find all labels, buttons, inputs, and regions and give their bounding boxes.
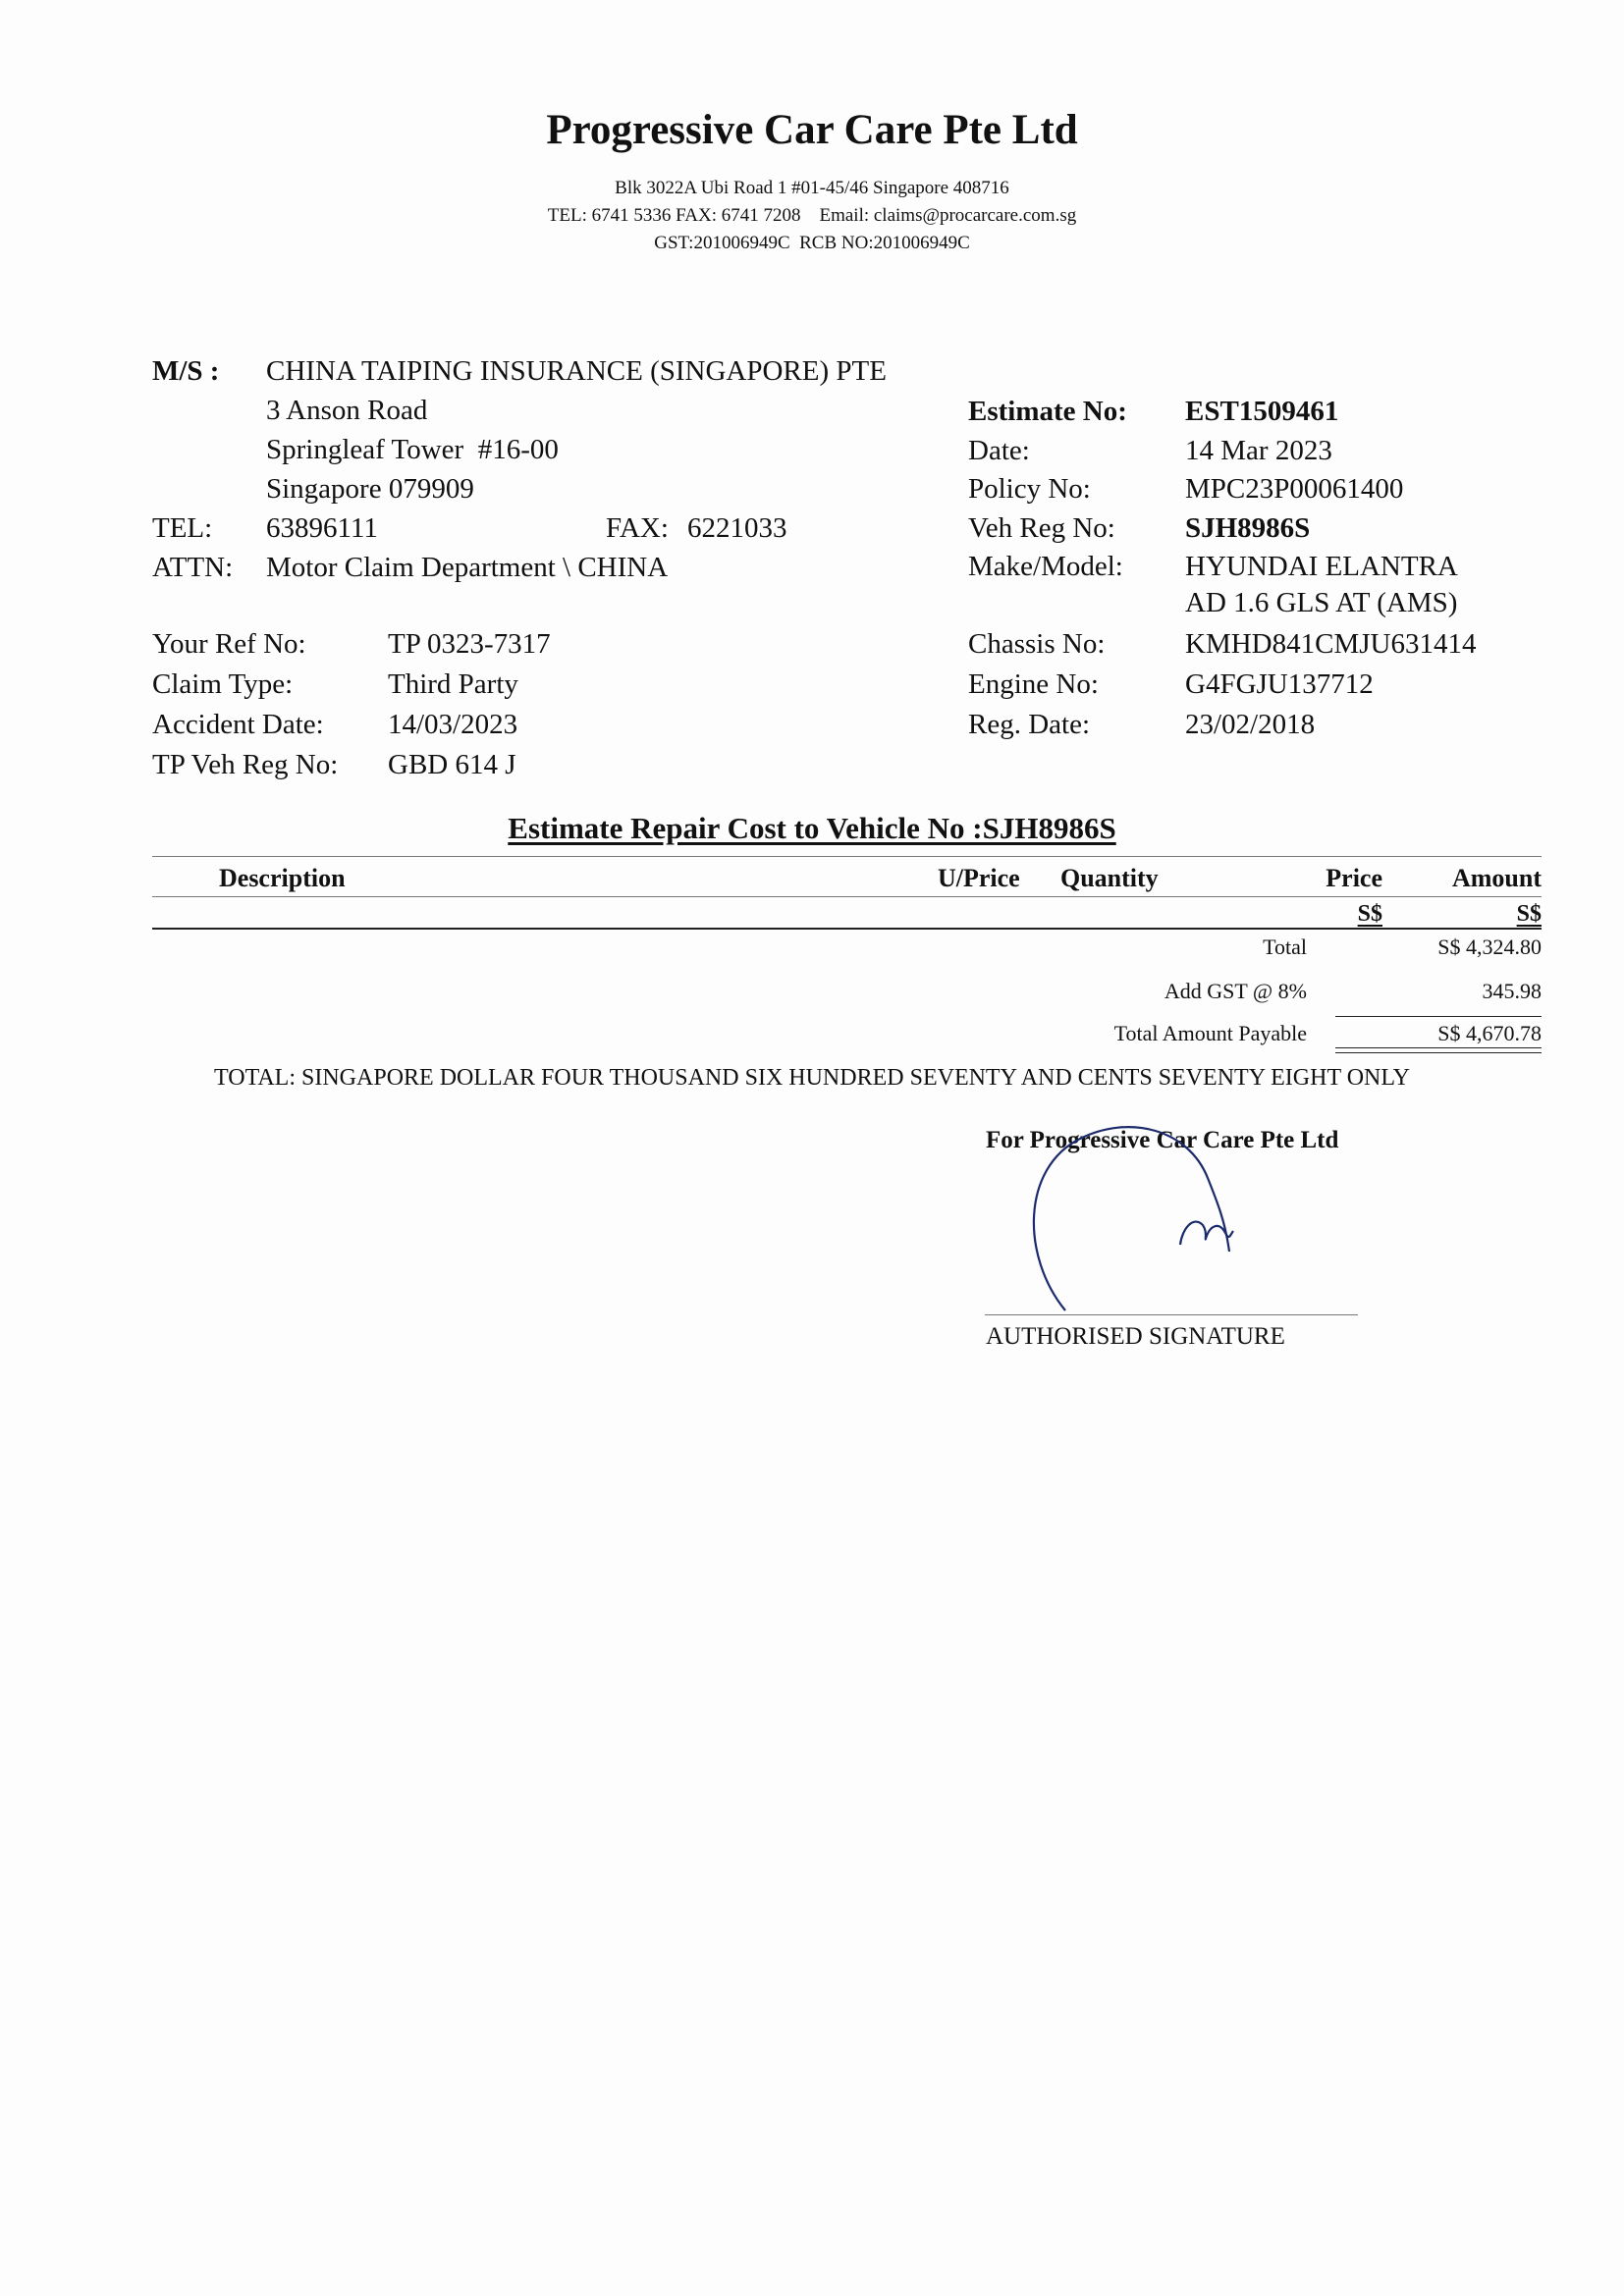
amount-in-words: TOTAL: SINGAPORE DOLLAR FOUR THOUSAND SI… xyxy=(0,1065,1624,1092)
table-top-rule xyxy=(152,856,1542,857)
accident-date: 14/03/2023 xyxy=(388,709,517,741)
company-name: Progressive Car Care Pte Ltd xyxy=(0,106,1624,154)
fax-label: FAX: xyxy=(606,512,669,545)
tp-veh-reg-label: TP Veh Reg No: xyxy=(152,749,338,781)
company-address: Blk 3022A Ubi Road 1 #01-45/46 Singapore… xyxy=(0,178,1624,199)
tel-label: TEL: xyxy=(152,512,212,545)
ref-no: TP 0323-7317 xyxy=(388,628,551,661)
amount-currency: S$ xyxy=(1517,901,1542,928)
column-header-quantity: Quantity xyxy=(1060,864,1159,893)
recipient-address-line: Singapore 079909 xyxy=(266,473,474,506)
double-rule-top xyxy=(1335,1047,1542,1048)
total-payable-label: Total Amount Payable xyxy=(1114,1021,1307,1046)
attn-label: ATTN: xyxy=(152,552,233,584)
total-payable-value: S$ 4,670.78 xyxy=(1437,1021,1542,1046)
recipient-fax: 6221033 xyxy=(687,512,787,545)
recipient-address-line: 3 Anson Road xyxy=(266,395,427,427)
chassis-no-label: Chassis No: xyxy=(968,628,1105,661)
total-label: Total xyxy=(1263,934,1307,960)
policy-no-label: Policy No: xyxy=(968,473,1091,506)
recipient-attn: Motor Claim Department \ CHINA xyxy=(266,552,668,584)
date-label: Date: xyxy=(968,435,1030,467)
veh-reg-label: Veh Reg No: xyxy=(968,512,1115,545)
chassis-no: KMHD841CMJU631414 xyxy=(1185,628,1476,661)
veh-reg-no: SJH8986S xyxy=(1185,512,1310,545)
table-bottom-rule xyxy=(152,928,1542,930)
claim-type: Third Party xyxy=(388,668,518,701)
gst-label: Add GST @ 8% xyxy=(1164,979,1307,1004)
claim-type-label: Claim Type: xyxy=(152,668,293,701)
engine-no: G4FGJU137712 xyxy=(1185,668,1374,701)
subtotal-rule xyxy=(1335,1016,1542,1017)
total-value: S$ 4,324.80 xyxy=(1437,934,1542,960)
column-header-amount: Amount xyxy=(1452,864,1542,893)
double-rule-bottom xyxy=(1335,1052,1542,1053)
make-model-variant: AD 1.6 GLS AT (AMS) xyxy=(1185,587,1457,619)
recipient-tel: 63896111 xyxy=(266,512,378,545)
column-header-unit-price: U/Price xyxy=(938,864,1020,893)
column-header-price: Price xyxy=(1326,864,1382,893)
ms-label: M/S : xyxy=(152,355,219,388)
make-model-label: Make/Model: xyxy=(968,551,1123,583)
gst-value: 345.98 xyxy=(1483,979,1543,1004)
estimate-date: 14 Mar 2023 xyxy=(1185,435,1332,467)
accident-date-label: Accident Date: xyxy=(152,709,324,741)
table-title: Estimate Repair Cost to Vehicle No :SJH8… xyxy=(0,811,1624,846)
price-currency: S$ xyxy=(1358,901,1382,928)
signature-line xyxy=(985,1314,1358,1315)
ref-no-label: Your Ref No: xyxy=(152,628,306,661)
reg-date: 23/02/2018 xyxy=(1185,709,1315,741)
recipient-name: CHINA TAIPING INSURANCE (SINGAPORE) PTE xyxy=(266,355,887,388)
column-header-description: Description xyxy=(219,864,346,893)
company-registration: GST:201006949C RCB NO:201006949C xyxy=(0,233,1624,254)
company-contact: TEL: 6741 5336 FAX: 6741 7208 Email: cla… xyxy=(0,205,1624,227)
estimate-no-label: Estimate No: xyxy=(968,396,1127,428)
table-header-rule xyxy=(152,896,1542,897)
engine-no-label: Engine No: xyxy=(968,668,1099,701)
estimate-no: EST1509461 xyxy=(1185,396,1338,428)
tp-veh-reg-no: GBD 614 J xyxy=(388,749,516,781)
recipient-address-line: Springleaf Tower #16-00 xyxy=(266,434,559,466)
signature-label: AUTHORISED SIGNATURE xyxy=(986,1323,1285,1351)
reg-date-label: Reg. Date: xyxy=(968,709,1090,741)
make-model: HYUNDAI ELANTRA xyxy=(1185,551,1458,583)
policy-no: MPC23P00061400 xyxy=(1185,473,1403,506)
